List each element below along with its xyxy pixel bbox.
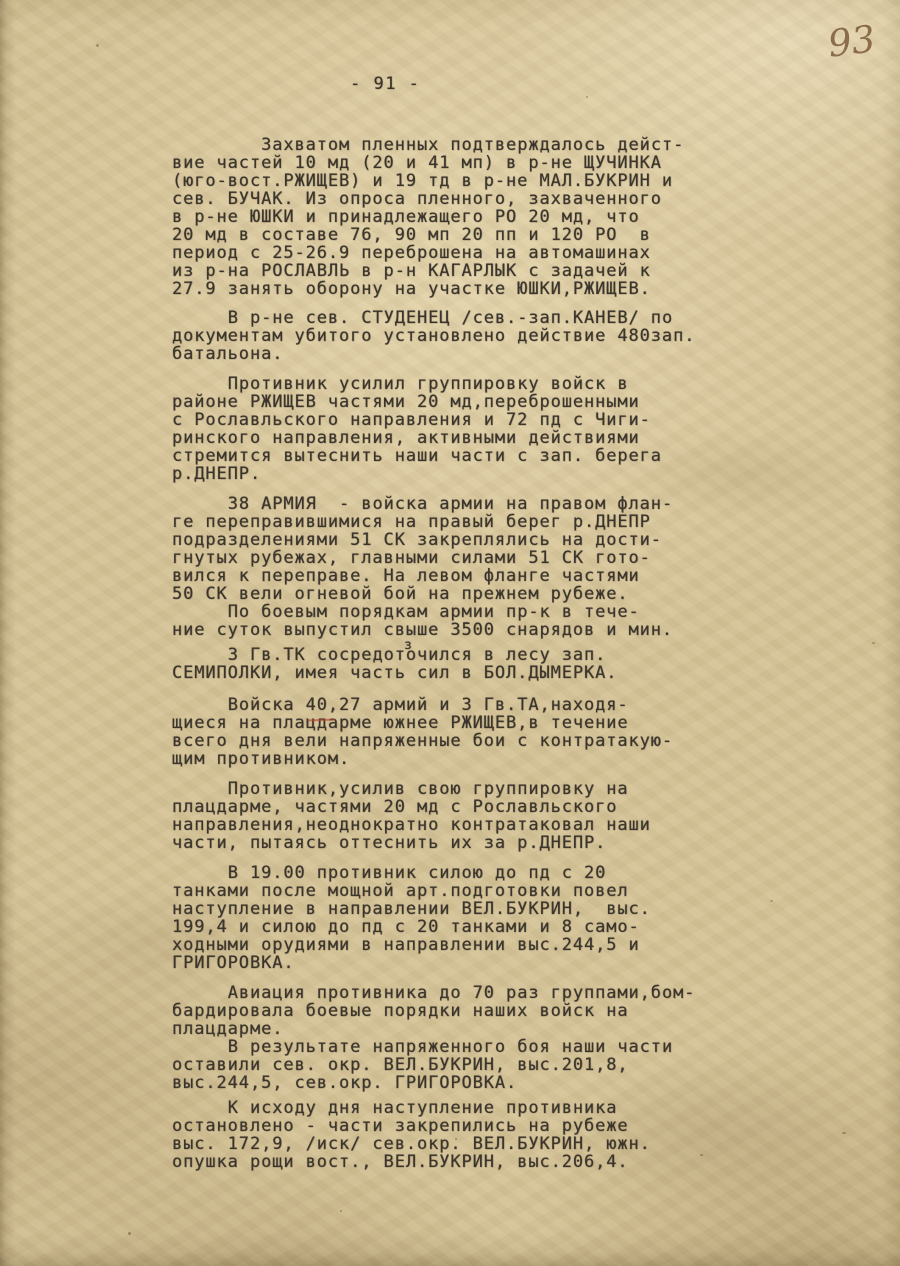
- paragraph: В результате напряженного боя наши части…: [172, 1038, 752, 1092]
- paper-fleck: [770, 900, 773, 902]
- paragraph: Противник,усилив свою группировку на пла…: [172, 780, 752, 852]
- handwritten-page-number: 93: [826, 17, 878, 65]
- paragraph: Захватом пленных подтверждалось дейст- в…: [172, 136, 752, 298]
- paragraph: 3 Гв.ТК сосредоточился в лесу зап. СЕМИП…: [172, 646, 752, 682]
- document-body: Захватом пленных подтверждалось дейст- в…: [172, 136, 752, 1171]
- paragraph: В р-не сев. СТУДЕНЕЦ /сев.-зап.КАНЕВ/ по…: [172, 309, 752, 363]
- paper-fleck: [872, 642, 875, 644]
- paragraph: Войска 40,27 армий и 3 Гв.ТА,находя- щие…: [172, 696, 752, 768]
- paper-fleck: [586, 96, 588, 98]
- paper-fleck: [96, 44, 99, 47]
- paragraph: Авиация противника до 70 раз группами,бо…: [172, 984, 752, 1038]
- paper-fleck: [128, 1232, 131, 1235]
- page-number: - 91 -: [350, 74, 420, 94]
- paragraph: К исходу дня наступление противника оста…: [172, 1099, 752, 1171]
- paragraph: В 19.00 противник силою до пд с 20 танка…: [172, 864, 752, 972]
- paper-fleck: [340, 1210, 342, 1212]
- paper-fleck: [842, 1132, 846, 1134]
- typed-correction-mark: з: [404, 638, 412, 653]
- paragraph: 38 АРМИЯ - войска армии на правом флан- …: [172, 495, 752, 639]
- scanned-document-page: - 91 - 93 Захватом пленных подтверждалос…: [0, 0, 900, 1266]
- paragraph: Противник усилил группировку войск в рай…: [172, 375, 752, 483]
